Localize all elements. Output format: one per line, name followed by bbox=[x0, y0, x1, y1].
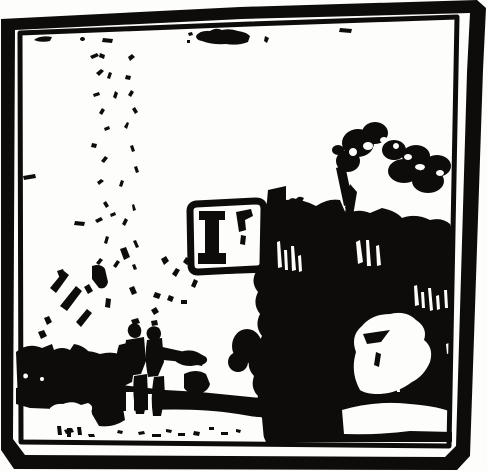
woodcut-illustration bbox=[0, 0, 487, 471]
woodcut-scene bbox=[0, 0, 487, 471]
